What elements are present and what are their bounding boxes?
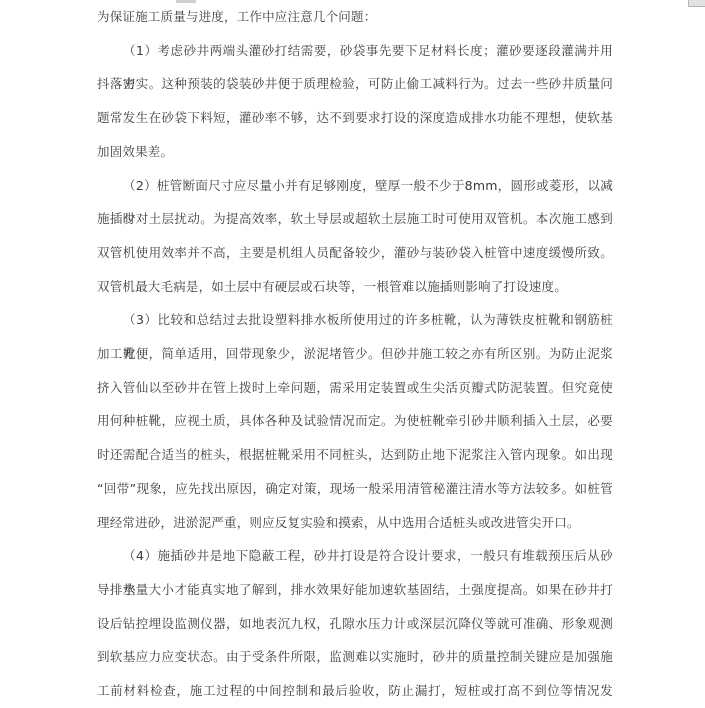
text-block: 为保证施工质量与进度，工作中应注意几个问题：（1）考虑砂井两端头灌砂打结需要，砂… bbox=[97, 0, 613, 708]
text-line: 设后钻控埋设监测仪器，如地表沉九权，孔隙水压力计或深层沉降仪等就可准确、形象观测 bbox=[97, 607, 613, 641]
text-line: 理经常进砂，进淤泥严重，则应反复实验和摸索，从中选用合适桩头或改进管尖开口。 bbox=[97, 506, 613, 540]
text-line: 工前材料检查，施工过程的中间控制和最后验收，防止漏打，短桩或打高不到位等情况发生… bbox=[97, 674, 613, 708]
text-line: （1）考虑砂井两端头灌砂打结需要，砂袋事先要下足材料长度；灌砂要逐段灌满并用力 bbox=[97, 34, 613, 68]
text-line: 施插时对土层扰动。为提高效率，软土导层或超软土层施工时可使用双管机。本次施工感到 bbox=[97, 202, 613, 236]
text-line: 加固效果差。 bbox=[97, 135, 613, 169]
text-line: 抖落密实。这种预装的袋装砂井便于质理检验，可防止偷工减料行为。过去一些砂井质量问 bbox=[97, 67, 613, 101]
text-line: 挤入管仙以至砂井在管上拨时上牵问题，需采用定装置或生尖活页瓣式防泥装置。但究竟使 bbox=[97, 371, 613, 405]
text-line: （4）施插砂井是地下隐蔽工程，砂井打设是符合设计要求，一般只有堆载预压后从砂垫 bbox=[97, 539, 613, 573]
text-line: 加工方便，简单适用，回带现象少，淤泥堵管少。但砂井施工较之亦有所区别。为防止泥浆 bbox=[97, 337, 613, 371]
text-line: 为保证施工质量与进度，工作中应注意几个问题： bbox=[97, 0, 613, 34]
text-line: （2）桩管断面尺寸应尽量小并有足够刚度，壁厚一般不少于8mm，圆形或菱形，以减少 bbox=[97, 169, 613, 203]
text-line: 双管机使用效率并不高，主要是机组人员配备较少，灌砂与装砂袋入桩管中速度缓慢所致。 bbox=[97, 236, 613, 270]
text-line: 导排水量大小才能真实地了解到，排水效果好能加速软基固结，土强度提高。如果在砂井打 bbox=[97, 573, 613, 607]
text-line: 到软基应力应变状态。由于受条件所限，监测难以实施时，砂井的质量控制关键应是加强施 bbox=[97, 640, 613, 674]
text-line: “回带”现象，应先找出原因，确定对策，现场一般采用清管秘灌注清水等方法较多。如桩… bbox=[97, 472, 613, 506]
text-line: 题常发生在砂袋下料短，灌砂率不够，达不到要求打设的深度造成排水功能不理想，使软基 bbox=[97, 101, 613, 135]
text-line: 双管机最大毛病是，如土层中有硬层或石块等，一根管难以施插则影响了打设速度。 bbox=[97, 270, 613, 304]
text-line: 用何种桩靴，应视土质，具体各种及试验情况而定。为使桩靴牵引砂井顺利插入土层，必要 bbox=[97, 404, 613, 438]
text-line: 时还需配合适当的桩头，根据桩靴采用不同桩头，达到防止地下泥浆注入管内现象。如出现 bbox=[97, 438, 613, 472]
text-line: （3）比较和总结过去批设塑料排水板所使用过的许多桩靴，认为薄铁皮桩靴和钢筋桩靴 bbox=[97, 303, 613, 337]
document-page: 为保证施工质量与进度，工作中应注意几个问题：（1）考虑砂井两端头灌砂打结需要，砂… bbox=[0, 0, 705, 708]
scrollbar-top-artifact bbox=[688, 0, 705, 7]
